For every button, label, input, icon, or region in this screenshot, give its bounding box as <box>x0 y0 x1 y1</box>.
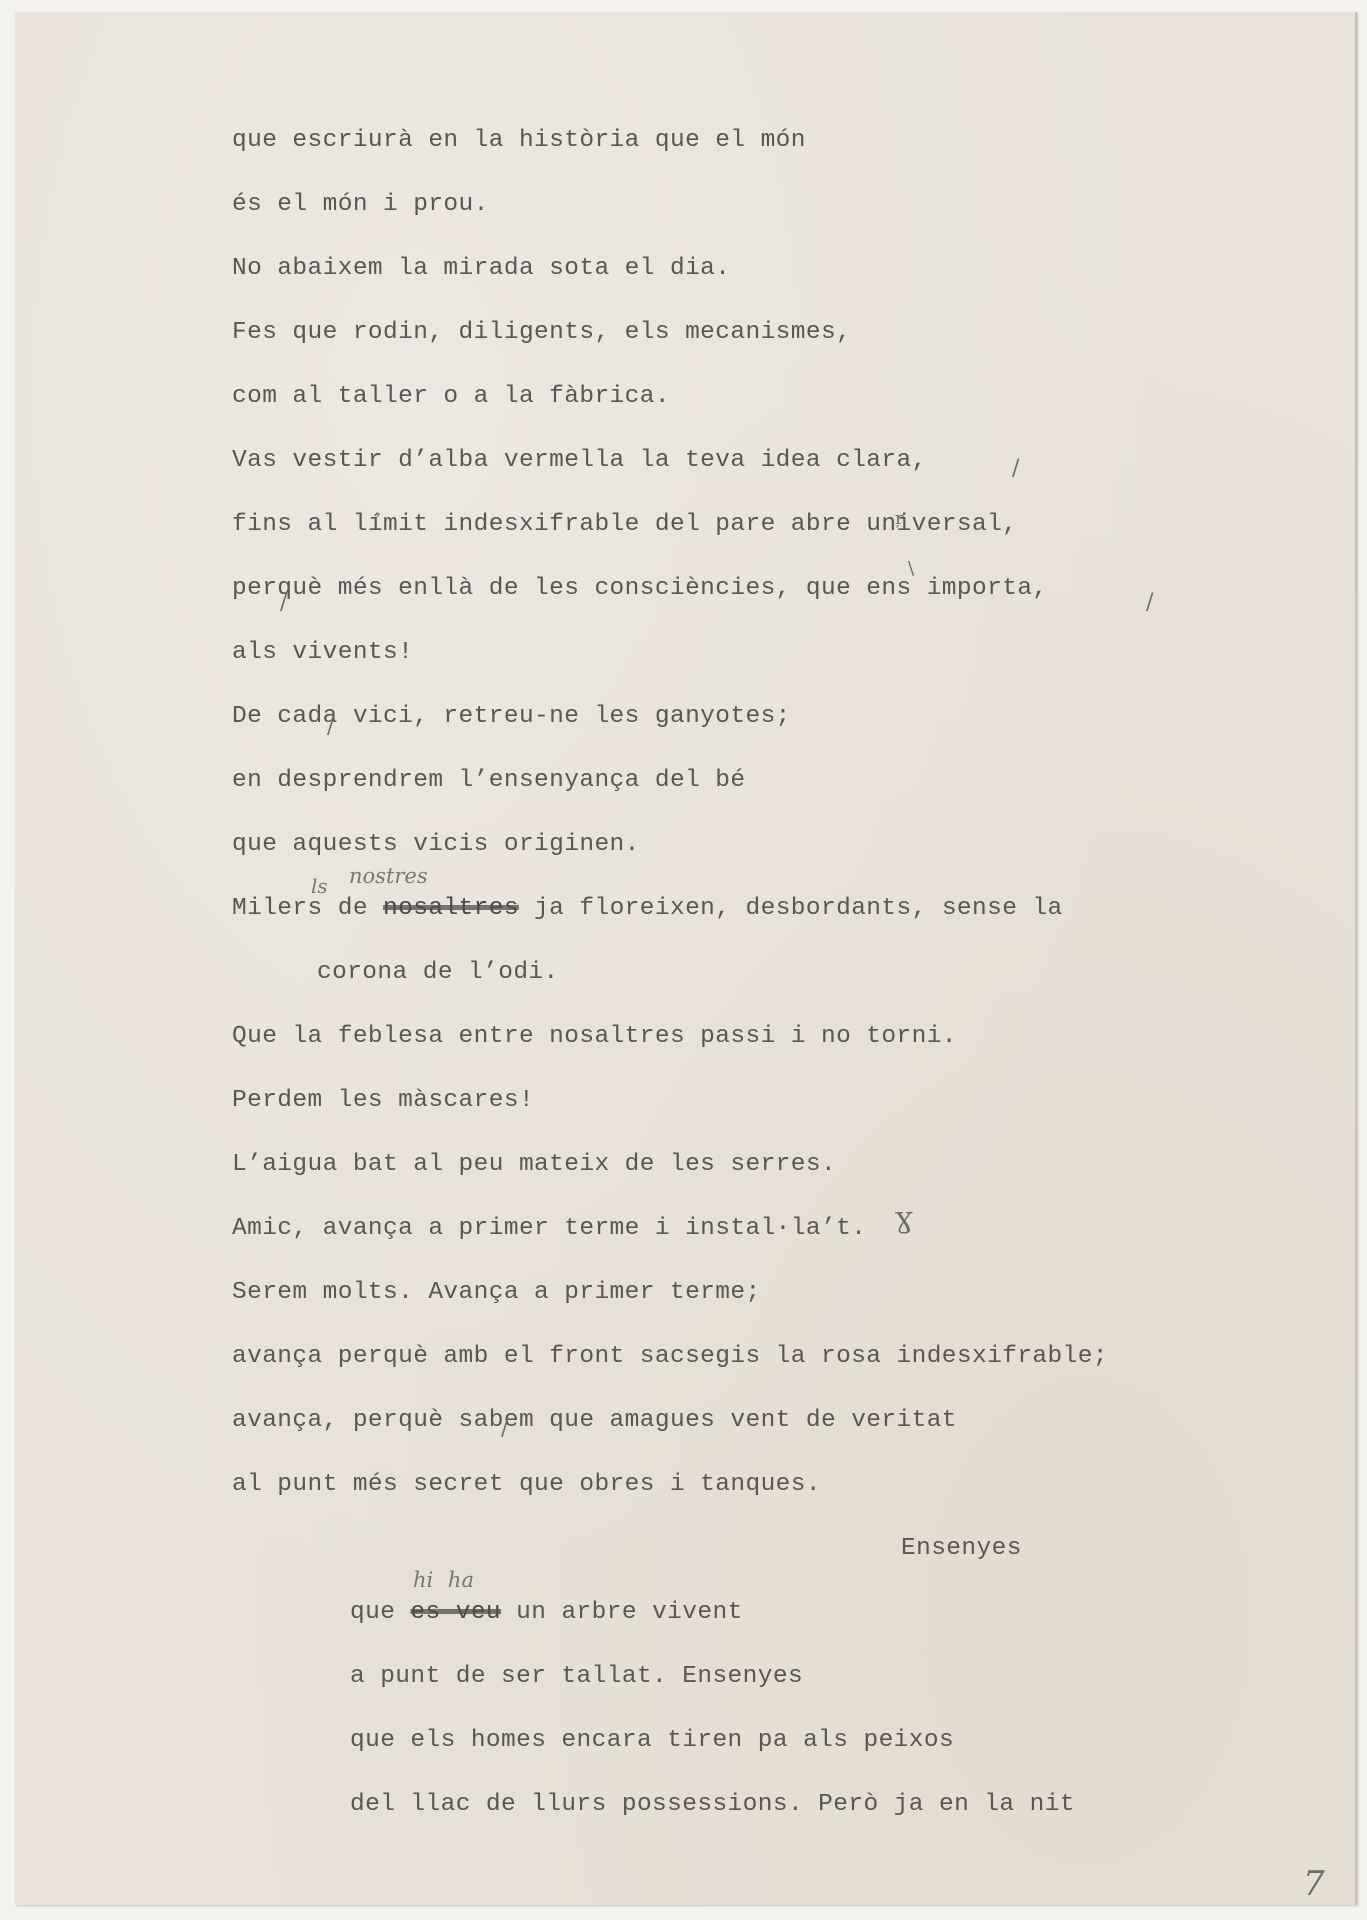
text-line: Serem molts. Avança a primer terme; <box>232 1278 761 1308</box>
text-line-right: Ensenyes <box>901 1534 1022 1564</box>
text-line: De cada vici, retreu-ne les ganyotes; <box>232 702 791 732</box>
struck-word: es veu <box>410 1599 501 1626</box>
handwritten-correction-mark: Ɣ <box>895 1208 914 1238</box>
handwritten-comma-mark: / <box>280 590 287 615</box>
text-line: que escriurà en la història que el món <box>232 126 806 156</box>
page-number: 7 <box>1303 1864 1325 1904</box>
text-line: en desprendrem l’ensenyança del bé <box>232 766 745 796</box>
text-line: és el món i prou. <box>232 190 489 220</box>
handwritten-comma-mark: / <box>501 1416 508 1441</box>
text-line-with-correction: Milers de nosaltres ja floreixen, desbor… <box>232 894 1063 924</box>
text-line: avança, perquè sabem que amagues vent de… <box>232 1406 957 1436</box>
text-line-with-correction: que es veu un arbre vivent <box>350 1598 743 1628</box>
text-line: al punt més secret que obres i tanques. <box>232 1470 821 1500</box>
text-line: avança perquè amb el front sacsegis la r… <box>232 1342 1108 1372</box>
text-line: Que la feblesa entre nosaltres passi i n… <box>232 1022 957 1052</box>
text-line: Perdem les màscares! <box>232 1086 534 1116</box>
typewritten-page: que escriurà en la història que el món é… <box>15 12 1357 1905</box>
text-segment: que <box>350 1599 410 1626</box>
handwritten-accent-mark: ´ <box>373 512 382 533</box>
handwritten-comma-mark: / <box>1146 590 1153 615</box>
text-line: a punt de ser tallat. Ensenyes <box>350 1662 803 1692</box>
text-line: corona de l’odi. <box>317 958 559 988</box>
struck-word: nosaltres <box>383 895 519 922</box>
handwritten-insert-word: nostres <box>349 864 428 888</box>
text-line: L’aigua bat al peu mateix de les serres. <box>232 1150 836 1180</box>
text-segment: Milers de <box>232 895 383 922</box>
text-line: que els homes encara tiren pa als peixos <box>350 1726 954 1756</box>
text-line: com al taller o a la fàbrica. <box>232 382 670 412</box>
handwritten-comma-mark: / <box>327 714 334 739</box>
text-line: del llac de llurs possessions. Però ja e… <box>350 1790 1075 1820</box>
handwritten-comma-mark: / <box>1012 456 1019 481</box>
text-segment: un arbre vivent <box>501 1599 743 1626</box>
text-line: Fes que rodin, diligents, els mecanismes… <box>232 318 851 348</box>
handwritten-accent-mark: \ <box>908 558 914 579</box>
text-line: Amic, avança a primer terme i instal·la’… <box>232 1214 866 1244</box>
text-line: als vivents! <box>232 638 413 668</box>
text-line: No abaixem la mirada sota el dia. <box>232 254 730 284</box>
text-line: perquè més enllà de les consciències, qu… <box>232 574 1048 604</box>
text-segment: ja floreixen, desbordants, sense la <box>519 895 1063 922</box>
handwritten-insert: hi ha <box>413 1568 474 1592</box>
text-line: Vas vestir d’alba vermella la teva idea … <box>232 446 927 476</box>
handwritten-caret-mark: ŗ <box>895 508 904 529</box>
text-line: que aquests vicis originen. <box>232 830 640 860</box>
handwritten-insert-prefix: ls <box>311 874 328 898</box>
